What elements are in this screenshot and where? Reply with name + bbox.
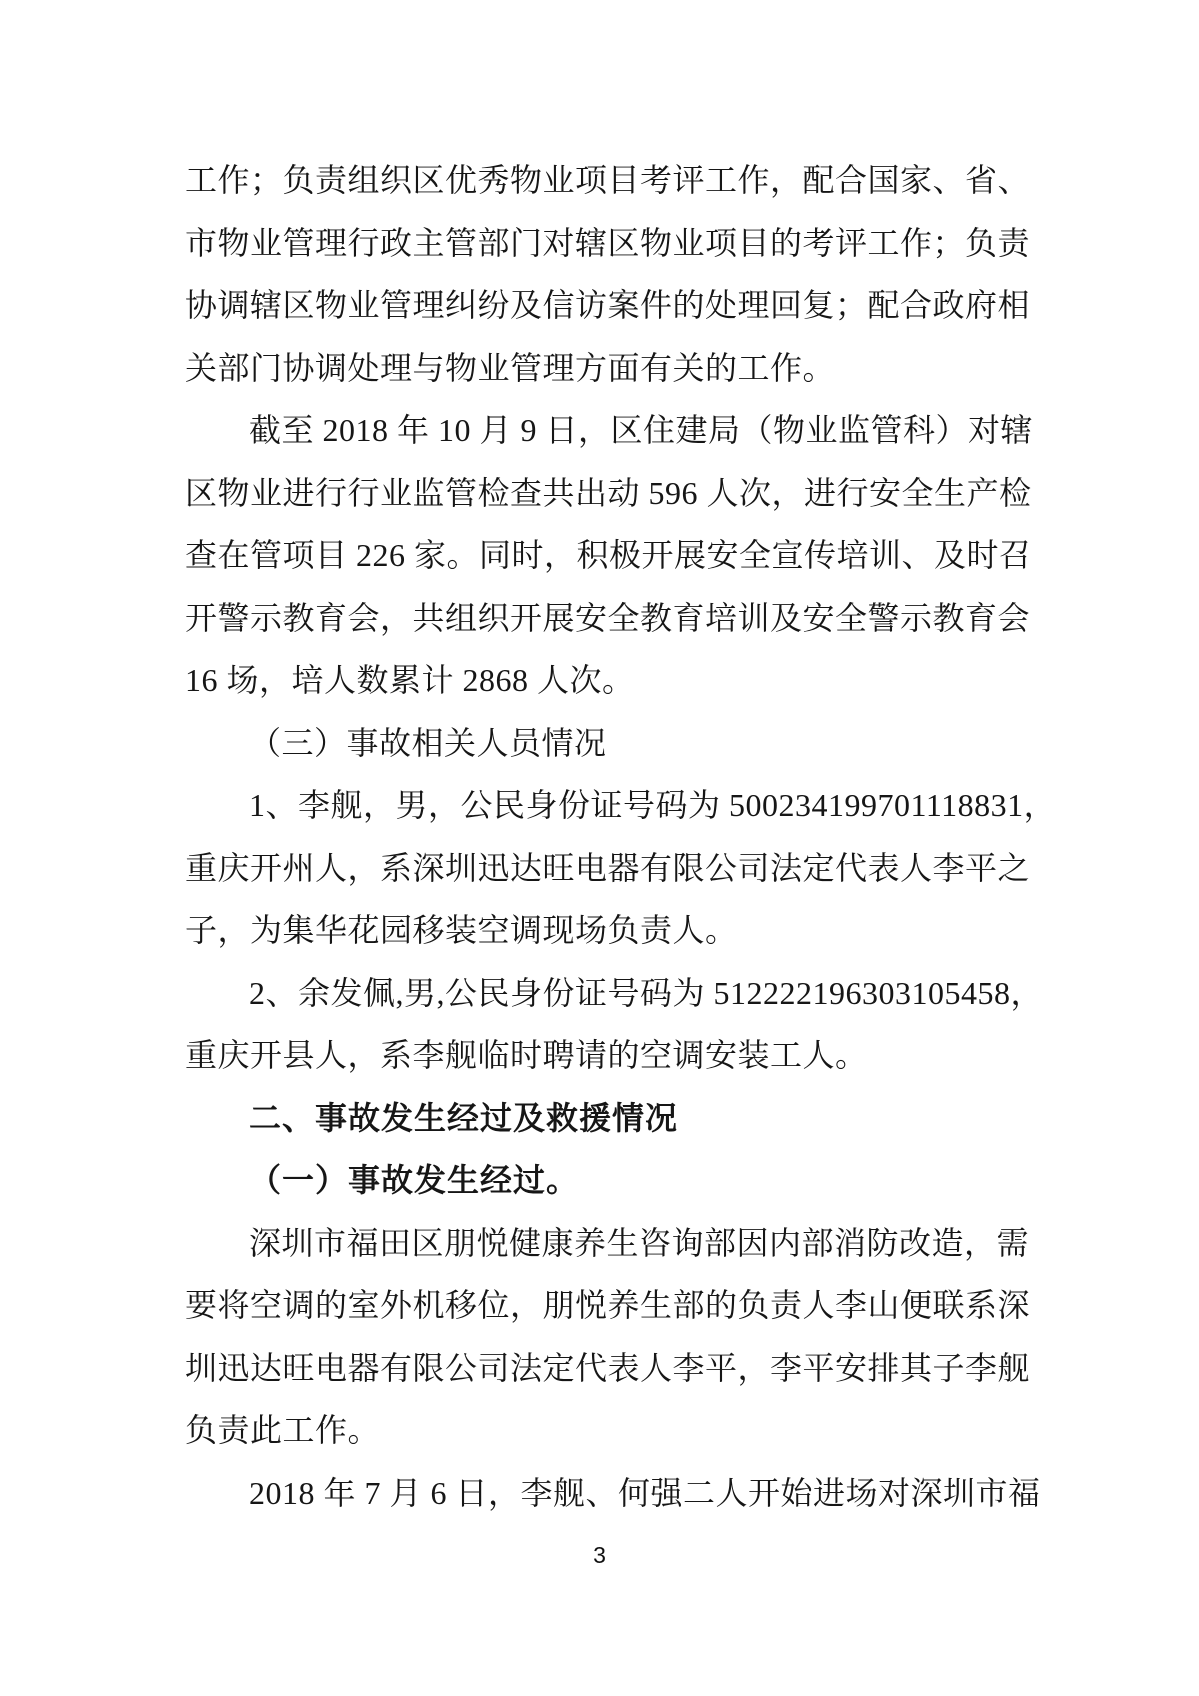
page-number: 3 xyxy=(0,1542,1199,1569)
heading-line: （一）事故发生经过。 xyxy=(185,1149,1019,1212)
text-line: 重庆开县人，系李舰临时聘请的空调安装工人。 xyxy=(185,1024,1019,1087)
text-line: 要将空调的室外机移位，朋悦养生部的负责人李山便联系深 xyxy=(185,1274,1019,1337)
text-line: 重庆开州人，系深圳迅达旺电器有限公司法定代表人李平之 xyxy=(185,837,1019,900)
text-line: 关部门协调处理与物业管理方面有关的工作。 xyxy=(185,337,1019,400)
text-line: 子，为集华花园移装空调现场负责人。 xyxy=(185,899,1019,962)
text-line: 2、余发佩,男,公民身份证号码为 512222196303105458， xyxy=(185,962,1019,1025)
text-line: 圳迅达旺电器有限公司法定代表人李平，李平安排其子李舰 xyxy=(185,1337,1019,1400)
text-line: 协调辖区物业管理纠纷及信访案件的处理回复；配合政府相 xyxy=(185,274,1019,337)
document-page: 工作；负责组织区优秀物业项目考评工作，配合国家、省、市物业管理行政主管部门对辖区… xyxy=(0,0,1199,1696)
text-block: 工作；负责组织区优秀物业项目考评工作，配合国家、省、市物业管理行政主管部门对辖区… xyxy=(185,149,1019,1524)
text-line: 2018 年 7 月 6 日，李舰、何强二人开始进场对深圳市福 xyxy=(185,1462,1019,1525)
text-line: 负责此工作。 xyxy=(185,1399,1019,1462)
text-line: 1、李舰，男，公民身份证号码为 500234199701118831， xyxy=(185,774,1019,837)
text-line: 16 场，培人数累计 2868 人次。 xyxy=(185,649,1019,712)
text-line: 市物业管理行政主管部门对辖区物业项目的考评工作；负责 xyxy=(185,212,1019,275)
text-line: 截至 2018 年 10 月 9 日，区住建局（物业监管科）对辖 xyxy=(185,399,1019,462)
heading-line: 二、事故发生经过及救援情况 xyxy=(185,1087,1019,1150)
text-line: 区物业进行行业监管检查共出动 596 人次，进行安全生产检 xyxy=(185,462,1019,525)
text-line: （三）事故相关人员情况 xyxy=(185,712,1019,775)
text-line: 工作；负责组织区优秀物业项目考评工作，配合国家、省、 xyxy=(185,149,1019,212)
text-line: 查在管项目 226 家。同时，积极开展安全宣传培训、及时召 xyxy=(185,524,1019,587)
text-line: 深圳市福田区朋悦健康养生咨询部因内部消防改造，需 xyxy=(185,1212,1019,1275)
text-line: 开警示教育会，共组织开展安全教育培训及安全警示教育会 xyxy=(185,587,1019,650)
